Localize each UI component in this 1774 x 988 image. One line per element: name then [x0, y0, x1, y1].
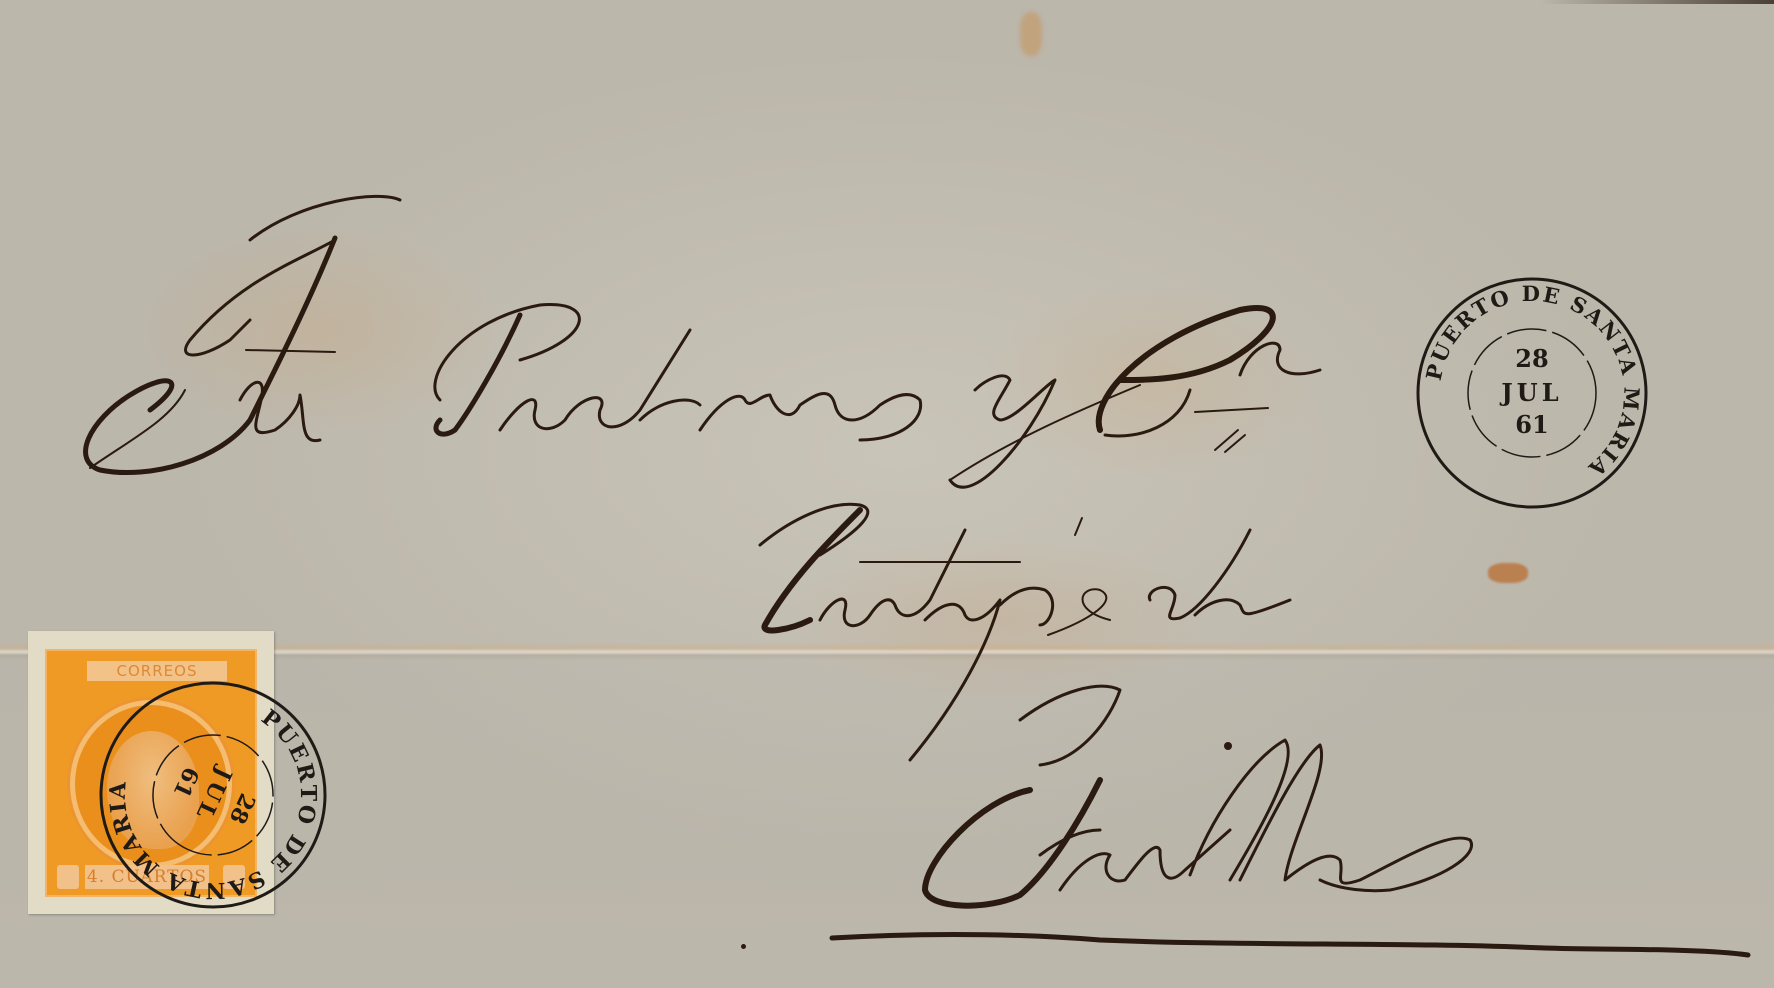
script-sevilla	[1020, 686, 1120, 765]
script-pickman	[435, 305, 579, 400]
postmark-on-stamp: PUERTO DE SANTA MARIA 28 JUL 61	[88, 670, 338, 920]
stamp-corner-ornament-icon	[57, 865, 79, 889]
postmark-month: JUL	[1499, 378, 1562, 407]
postmark-year: 61	[1515, 410, 1548, 439]
address-underline	[832, 935, 1748, 956]
postmark-puerto-de-santa-maria: PUERTO DE SANTA MARIA 28 JUL 61	[1414, 275, 1650, 511]
postmark-day: 28	[224, 789, 261, 828]
postmark-day: 28	[1515, 344, 1548, 373]
script-cartuja	[760, 504, 868, 555]
envelope-cover: PUERTO DE SANTA MARIA 28 JUL 61 CORREOS …	[0, 0, 1774, 988]
script-capital-c	[1099, 308, 1273, 430]
